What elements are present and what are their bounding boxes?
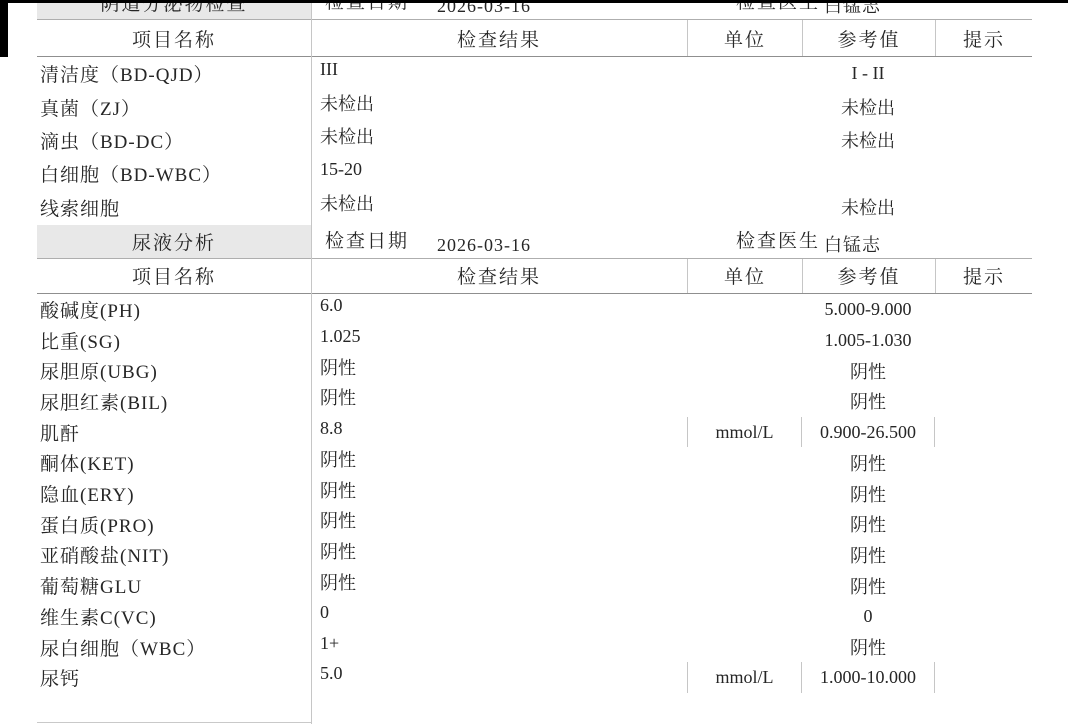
exam-date-value: 2026-03-16 [437,0,531,20]
section-title-cell: 尿液分析 [37,225,311,258]
unit-cell [687,632,802,663]
table-row: 亚硝酸盐(NIT) 阴性 阴性 [37,540,1032,571]
table-row: 葡萄糖GLU 阴性 阴性 [37,570,1032,601]
table-row: 酮体(KET) 阴性 阴性 [37,447,1032,478]
reference-cell: 阴性 [802,478,935,509]
column-reference: 参考值 [802,259,935,293]
table-row: 清洁度（BD-QJD） III I - II [37,57,1032,90]
column-item-name: 项目名称 [37,259,311,293]
unit-cell: mmol/L [687,662,802,693]
item-cell: 维生素C(VC) [37,603,311,630]
reference-cell: 阴性 [802,540,935,571]
unit-cell [687,509,802,540]
result-cell: 阴性 [311,384,687,410]
column-item-name: 项目名称 [37,20,311,56]
item-cell: 酸碱度(PH) [37,296,311,323]
unit-cell [687,157,802,190]
result-cell: III [311,59,687,80]
table-row: 真菌（ZJ） 未检出 未检出 [37,90,1032,123]
unit-cell [687,90,802,123]
unit-cell [687,447,802,478]
item-cell: 比重(SG) [37,327,311,354]
table-row: 线索细胞 未检出 未检出 [37,191,1032,224]
doctor-label: 检查医生 [736,0,820,20]
table-row: 白细胞（BD-WBC） 15-20 [37,157,1032,190]
table-row: 维生素C(VC) 0 0 [37,601,1032,632]
unit-cell [687,570,802,601]
item-cell: 清洁度（BD-QJD） [37,60,311,87]
section-rows: 酸碱度(PH) 6.0 5.000-9.000 比重(SG) 1.025 1.0… [37,294,1032,693]
item-cell: 隐血(ERY) [37,480,311,507]
item-cell: 尿白细胞（WBC） [37,634,311,661]
item-cell: 肌酐 [37,419,311,446]
section-header-row: 尿液分析 检查日期 2026-03-16 检查医生 白锰志 [37,224,1032,259]
unit-cell [687,124,802,157]
doctor-value: 白锰志 [824,0,881,20]
result-cell: 15-20 [311,159,687,180]
reference-cell: 1.005-1.030 [802,325,935,356]
table-row: 隐血(ERY) 阴性 阴性 [37,478,1032,509]
result-cell: 阴性 [311,538,687,564]
result-cell: 阴性 [311,507,687,533]
table-row: 尿白细胞（WBC） 1+ 阴性 [37,632,1032,663]
column-result: 检查结果 [311,259,687,293]
table-row: 蛋白质(PRO) 阴性 阴性 [37,509,1032,540]
table-row: 酸碱度(PH) 6.0 5.000-9.000 [37,294,1032,325]
result-cell: 未检出 [311,190,687,216]
result-cell: 阴性 [311,354,687,380]
section-title: 尿液分析 [132,228,216,255]
result-cell: 阴性 [311,569,687,595]
result-cell: 5.0 [311,663,687,684]
item-cell: 白细胞（BD-WBC） [37,160,311,187]
column-header-row: 项目名称 检查结果 单位 参考值 提示 [37,20,1032,57]
unit-cell [687,540,802,571]
unit-cell [687,478,802,509]
lab-report-table: 阴道分泌物检查 检查日期 2026-03-16 检查医生 白锰志 项目名称 检查… [37,0,1032,726]
result-cell: 未检出 [311,90,687,116]
item-cell: 尿胆红素(BIL) [37,388,311,415]
reference-cell: 阴性 [802,570,935,601]
exam-date-label: 检查日期 [325,0,409,20]
table-row: 尿胆原(UBG) 阴性 阴性 [37,355,1032,386]
unit-cell [687,57,802,90]
section-header-row: 阴道分泌物检查 检查日期 2026-03-16 检查医生 白锰志 [37,0,1032,20]
reference-cell: 0 [802,601,935,632]
reference-cell: 阴性 [802,355,935,386]
unit-cell [687,294,802,325]
exam-date-label: 检查日期 [325,224,409,259]
column-reference: 参考值 [802,20,935,56]
section-rows: 清洁度（BD-QJD） III I - II 真菌（ZJ） 未检出 未检出 滴虫… [37,57,1032,224]
column-result: 检查结果 [311,20,687,56]
table-row: 肌酐 8.8 mmol/L 0.900-26.500 [37,417,1032,448]
section-vaginal-secretion: 阴道分泌物检查 检查日期 2026-03-16 检查医生 白锰志 项目名称 检查… [37,0,1032,224]
table-row: 尿钙 5.0 mmol/L 1.000-10.000 [37,662,1032,693]
reference-cell: I - II [802,57,935,90]
unit-cell [687,355,802,386]
result-cell: 8.8 [311,418,687,439]
result-cell: 1+ [311,633,687,654]
item-cell: 亚硝酸盐(NIT) [37,541,311,568]
doctor-value: 白锰志 [824,228,881,259]
result-cell: 6.0 [311,295,687,316]
table-row: 尿胆红素(BIL) 阴性 阴性 [37,386,1032,417]
reference-cell: 1.000-10.000 [802,662,935,693]
column-unit: 单位 [687,20,802,56]
reference-cell: 阴性 [802,632,935,663]
unit-cell: mmol/L [687,417,802,448]
result-cell: 阴性 [311,477,687,503]
item-cell: 滴虫（BD-DC） [37,127,311,154]
result-cell: 1.025 [311,326,687,347]
unit-cell [687,601,802,632]
reference-cell: 0.900-26.500 [802,417,935,448]
item-cell: 蛋白质(PRO) [37,511,311,538]
item-cell: 酮体(KET) [37,449,311,476]
section-urine-analysis: 尿液分析 检查日期 2026-03-16 检查医生 白锰志 项目名称 检查结果 … [37,224,1032,693]
result-cell: 未检出 [311,123,687,149]
doctor-label: 检查医生 [736,224,820,259]
item-cell: 真菌（ZJ） [37,94,311,121]
reference-cell: 未检出 [802,90,935,123]
reference-cell: 阴性 [802,509,935,540]
unit-cell [687,325,802,356]
reference-cell: 阴性 [802,447,935,478]
column-divider-line [311,0,312,724]
unit-cell [687,386,802,417]
column-unit: 单位 [687,259,802,293]
reference-cell: 5.000-9.000 [802,294,935,325]
item-cell: 线索细胞 [37,194,311,221]
scan-edge-top [0,0,1068,3]
reference-cell: 阴性 [802,386,935,417]
column-hint: 提示 [935,259,1032,293]
item-cell: 尿钙 [37,664,311,691]
column-hint: 提示 [935,20,1032,56]
reference-cell [802,157,935,190]
scan-edge-left [0,0,8,57]
bottom-edge-line [37,722,311,723]
unit-cell [687,191,802,224]
table-row: 比重(SG) 1.025 1.005-1.030 [37,325,1032,356]
reference-cell: 未检出 [802,124,935,157]
result-cell: 阴性 [311,446,687,472]
result-cell: 0 [311,602,687,623]
table-row: 滴虫（BD-DC） 未检出 未检出 [37,124,1032,157]
exam-date-value: 2026-03-16 [437,228,531,259]
item-cell: 葡萄糖GLU [37,572,311,599]
reference-cell: 未检出 [802,191,935,224]
column-header-row: 项目名称 检查结果 单位 参考值 提示 [37,259,1032,294]
item-cell: 尿胆原(UBG) [37,357,311,384]
